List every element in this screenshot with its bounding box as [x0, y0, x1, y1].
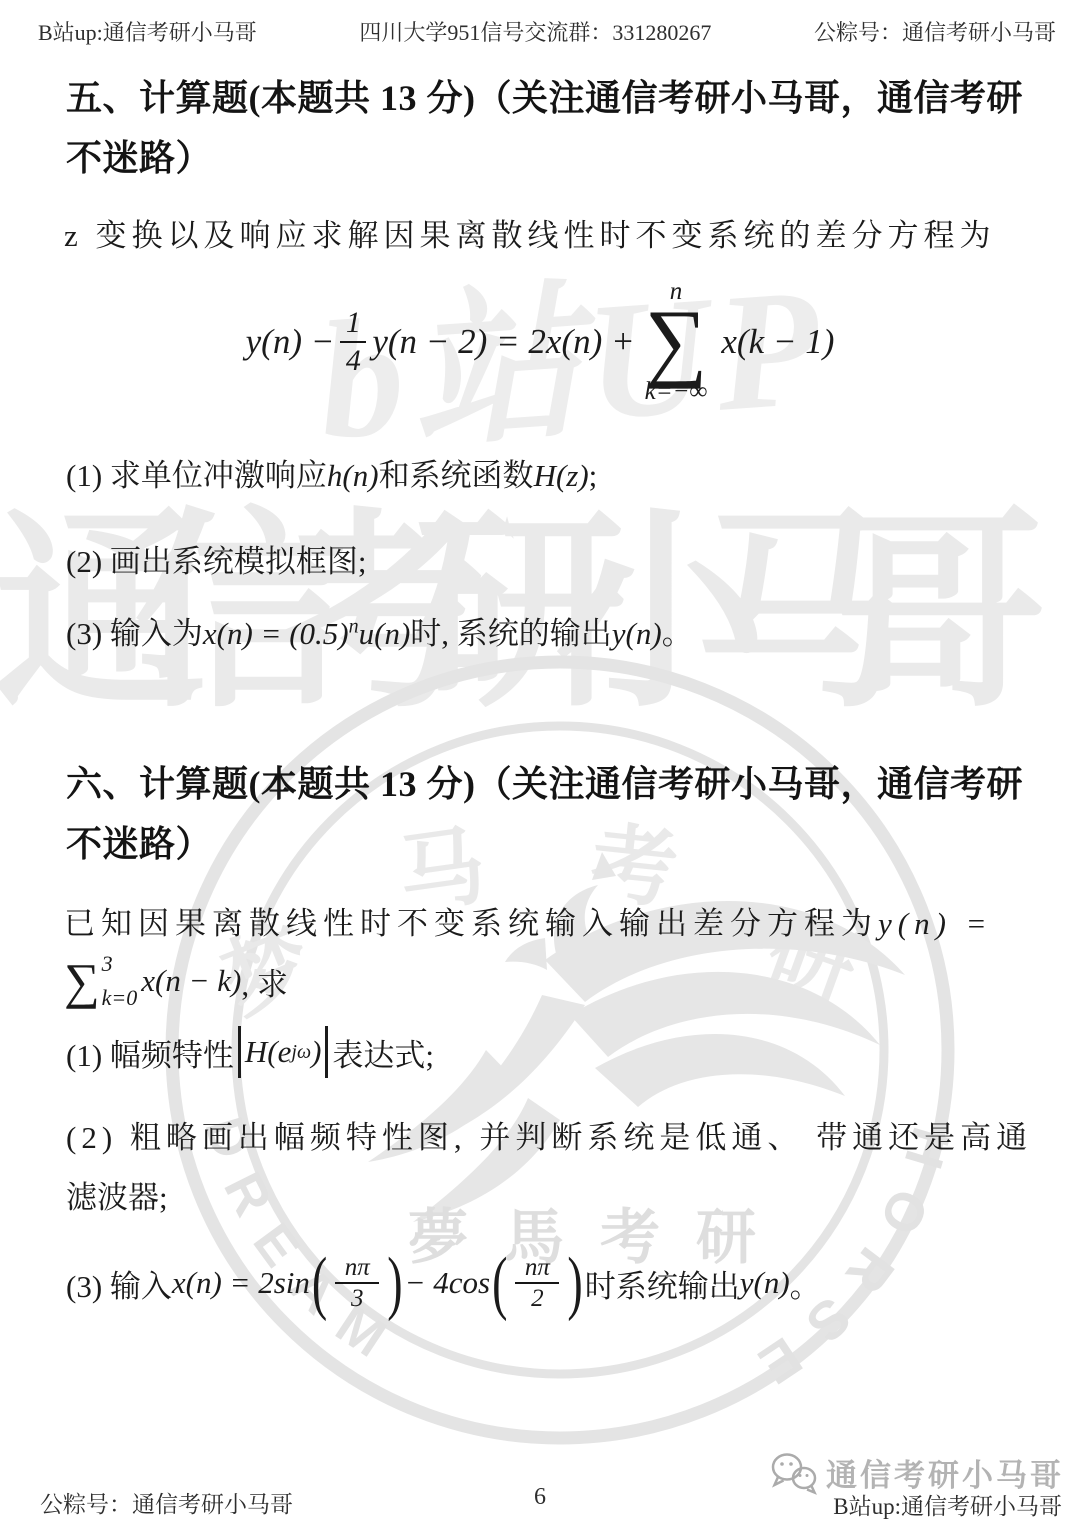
- summation-block: n ∑ k=−∞: [645, 278, 708, 405]
- item1-math-hn: h(n): [327, 458, 379, 493]
- item3-math-xn: x(n) = (0.5): [203, 616, 349, 651]
- frac1-num: nπ: [345, 1255, 370, 1280]
- fraction-npi-2: nπ 2: [515, 1255, 559, 1312]
- item3-math-un: u(n): [359, 616, 411, 651]
- eq-rhs: x(k − 1): [721, 322, 834, 362]
- item3-math-2sin: x(n) = 2sin: [172, 1265, 310, 1301]
- item3-text-a: (3) 输入为: [66, 616, 203, 651]
- abs-bar-right: [325, 1026, 328, 1078]
- eq-mid: y(n − 2) = 2x(n) +: [372, 322, 634, 362]
- item3-text-b: 时, 系统的输出: [410, 616, 612, 651]
- item1-math-He: H(e: [245, 1034, 291, 1070]
- item3-text-b: 时系统输出: [585, 1261, 740, 1306]
- intro-text: 已知因果离散线性时不变系统输入输出差分方程为: [64, 906, 878, 941]
- sum-lower-limit: k=−∞: [645, 378, 708, 406]
- sum-lower-k0: k=0: [102, 985, 138, 1011]
- intro2-math-xnk: x(n − k): [141, 963, 241, 999]
- exam-document-page: b站UP 通信考研小马哥 DREAM HORSE 梦 马 考 研 夢馬考研 B站…: [0, 0, 1080, 1528]
- item1-text-c: ;: [589, 458, 598, 493]
- fraction-1-4: 1 4: [340, 307, 366, 377]
- item1-text-end: 表达式;: [332, 1030, 434, 1075]
- paren-open-1: (: [312, 1247, 327, 1318]
- section6-intro-line2: ∑ 3 k=0 x(n − k) , 求: [64, 950, 288, 1012]
- frac1-bar: [335, 1282, 379, 1285]
- item3-exponent-n: n: [349, 616, 359, 638]
- paren-close-2: ): [567, 1247, 582, 1318]
- paren-open-2: (: [492, 1247, 507, 1318]
- frac1-den: 3: [351, 1286, 364, 1311]
- item1-math-Hz: H(z): [534, 458, 589, 493]
- section6-item3: (3) 输入 x(n) = 2sin ( nπ 3 ) − 4cos ( nπ …: [66, 1240, 821, 1326]
- frac2-den: 2: [531, 1286, 544, 1311]
- section6-item1: (1) 幅频特性 H(e jω ) 表达式;: [66, 1022, 434, 1082]
- section5-item3: (3) 输入为x(n) = (0.5)nu(n)时, 系统的输出y(n)。: [66, 608, 693, 653]
- section6-title-line2: 不迷路）: [66, 816, 212, 867]
- item3-math-4cos: − 4cos: [405, 1265, 491, 1301]
- sum-upper-3: 3: [102, 951, 138, 977]
- item3-text-c: 。: [662, 616, 693, 651]
- page-header: B站up:通信考研小马哥 四川大学951信号交流群：331280267 公粽号：…: [38, 16, 1056, 47]
- fraction-npi-3: nπ 3: [335, 1255, 379, 1312]
- fraction-denominator: 4: [346, 345, 361, 377]
- item1-text: (1) 幅频特性: [66, 1030, 234, 1075]
- footer-right: B站up:通信考研小马哥: [833, 1488, 1062, 1521]
- header-left: B站up:通信考研小马哥: [38, 16, 257, 47]
- intro-math-yn: y(n) =: [878, 906, 993, 941]
- frac2-bar: [515, 1282, 559, 1285]
- section6-title-line1: 六、计算题(本题共 13 分)（关注通信考研小马哥，通信考研: [66, 756, 1023, 807]
- section6-intro-line1: 已知因果离散线性时不变系统输入输出差分方程为y(n) =: [64, 898, 993, 943]
- sum-limits-inline: 3 k=0: [102, 951, 138, 1011]
- item3-math-yn: y(n): [740, 1265, 790, 1301]
- abs-bar-left: [238, 1026, 241, 1078]
- header-center: 四川大学951信号交流群：331280267: [359, 16, 711, 47]
- fraction-bar: [340, 341, 366, 344]
- sigma-inline: ∑: [64, 960, 100, 1003]
- intro2-text-b: , 求: [241, 959, 288, 1004]
- eq-lhs: y(n) −: [246, 322, 335, 362]
- item1-text-b: 和系统函数: [379, 458, 534, 493]
- section5-item2: (2) 画出系统模拟框图;: [66, 536, 367, 581]
- section5-title-line1: 五、计算题(本题共 13 分)（关注通信考研小马哥，通信考研: [66, 70, 1023, 121]
- header-right: 公粽号：通信考研小马哥: [814, 16, 1056, 47]
- item1-math-close: ): [311, 1034, 321, 1070]
- item3-math-yn: y(n): [612, 616, 662, 651]
- section5-intro: z 变换以及响应求解因果离散线性时不变系统的差分方程为: [64, 210, 996, 255]
- sigma-symbol: ∑: [645, 306, 708, 378]
- item1-text-a: (1) 求单位冲激响应: [66, 458, 327, 493]
- paren-close-1: ): [387, 1247, 402, 1318]
- section6-item2-line1: (2) 粗略画出幅频特性图, 并判断系统是低通、 带通还是高通: [66, 1112, 1032, 1157]
- frac2-num: nπ: [525, 1255, 550, 1280]
- section5-difference-equation: y(n) − 1 4 y(n − 2) = 2x(n) + n ∑ k=−∞ x…: [0, 262, 1080, 422]
- section5-item1: (1) 求单位冲激响应h(n)和系统函数H(z);: [66, 450, 597, 495]
- section6-item2-line2: 滤波器;: [66, 1172, 168, 1217]
- section5-title-line2: 不迷路）: [66, 130, 212, 181]
- item3-text-a: (3) 输入: [66, 1261, 172, 1306]
- fraction-numerator: 1: [346, 307, 361, 339]
- item3-text-c: 。: [790, 1261, 821, 1306]
